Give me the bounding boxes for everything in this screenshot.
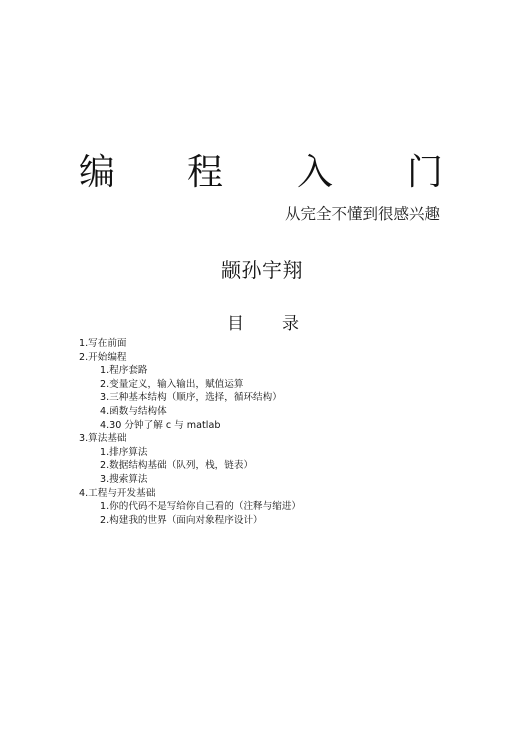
toc-subitem[interactable]: 3.搜索算法 bbox=[79, 473, 301, 487]
toc-item[interactable]: 2.开始编程 bbox=[79, 351, 301, 365]
toc-subitem[interactable]: 3.三种基本结构（顺序，选择，循环结构） bbox=[79, 391, 301, 405]
toc-subitem[interactable]: 1.你的代码不是写给你自己看的（注释与缩进） bbox=[79, 500, 301, 514]
toc-heading-char: 目 bbox=[227, 312, 244, 336]
toc-subitem[interactable]: 1.排序算法 bbox=[79, 446, 301, 460]
document-title: 编 程 入 门 bbox=[0, 150, 524, 196]
toc-item[interactable]: 4.工程与开发基础 bbox=[79, 487, 301, 501]
title-char: 编 bbox=[79, 150, 115, 196]
table-of-contents: 1.写在前面 2.开始编程 1.程序套路 2.变量定义，输入输出，赋值运算 3.… bbox=[79, 337, 301, 527]
toc-heading: 目 录 bbox=[0, 312, 524, 336]
title-char: 入 bbox=[297, 150, 333, 196]
toc-subitem[interactable]: 2.数据结构基础（队列，栈，链表） bbox=[79, 459, 301, 473]
document-subtitle: 从完全不懂到很感兴趣 bbox=[285, 203, 440, 225]
title-char: 程 bbox=[187, 150, 223, 196]
toc-subitem[interactable]: 2.构建我的世界（面向对象程序设计） bbox=[79, 514, 301, 528]
document-page: 编 程 入 门 从完全不懂到很感兴趣 颛孙宇翔 目 录 1.写在前面 2.开始编… bbox=[0, 0, 524, 740]
toc-subitem[interactable]: 4.30 分钟了解 c 与 matlab bbox=[79, 419, 301, 433]
author-name: 颛孙宇翔 bbox=[0, 256, 524, 284]
toc-subitem[interactable]: 2.变量定义，输入输出，赋值运算 bbox=[79, 378, 301, 392]
toc-subitem[interactable]: 4.函数与结构体 bbox=[79, 405, 301, 419]
toc-subitem[interactable]: 1.程序套路 bbox=[79, 364, 301, 378]
toc-item[interactable]: 1.写在前面 bbox=[79, 337, 301, 351]
title-char: 门 bbox=[407, 150, 443, 196]
toc-heading-char: 录 bbox=[282, 312, 299, 336]
toc-item[interactable]: 3.算法基础 bbox=[79, 432, 301, 446]
